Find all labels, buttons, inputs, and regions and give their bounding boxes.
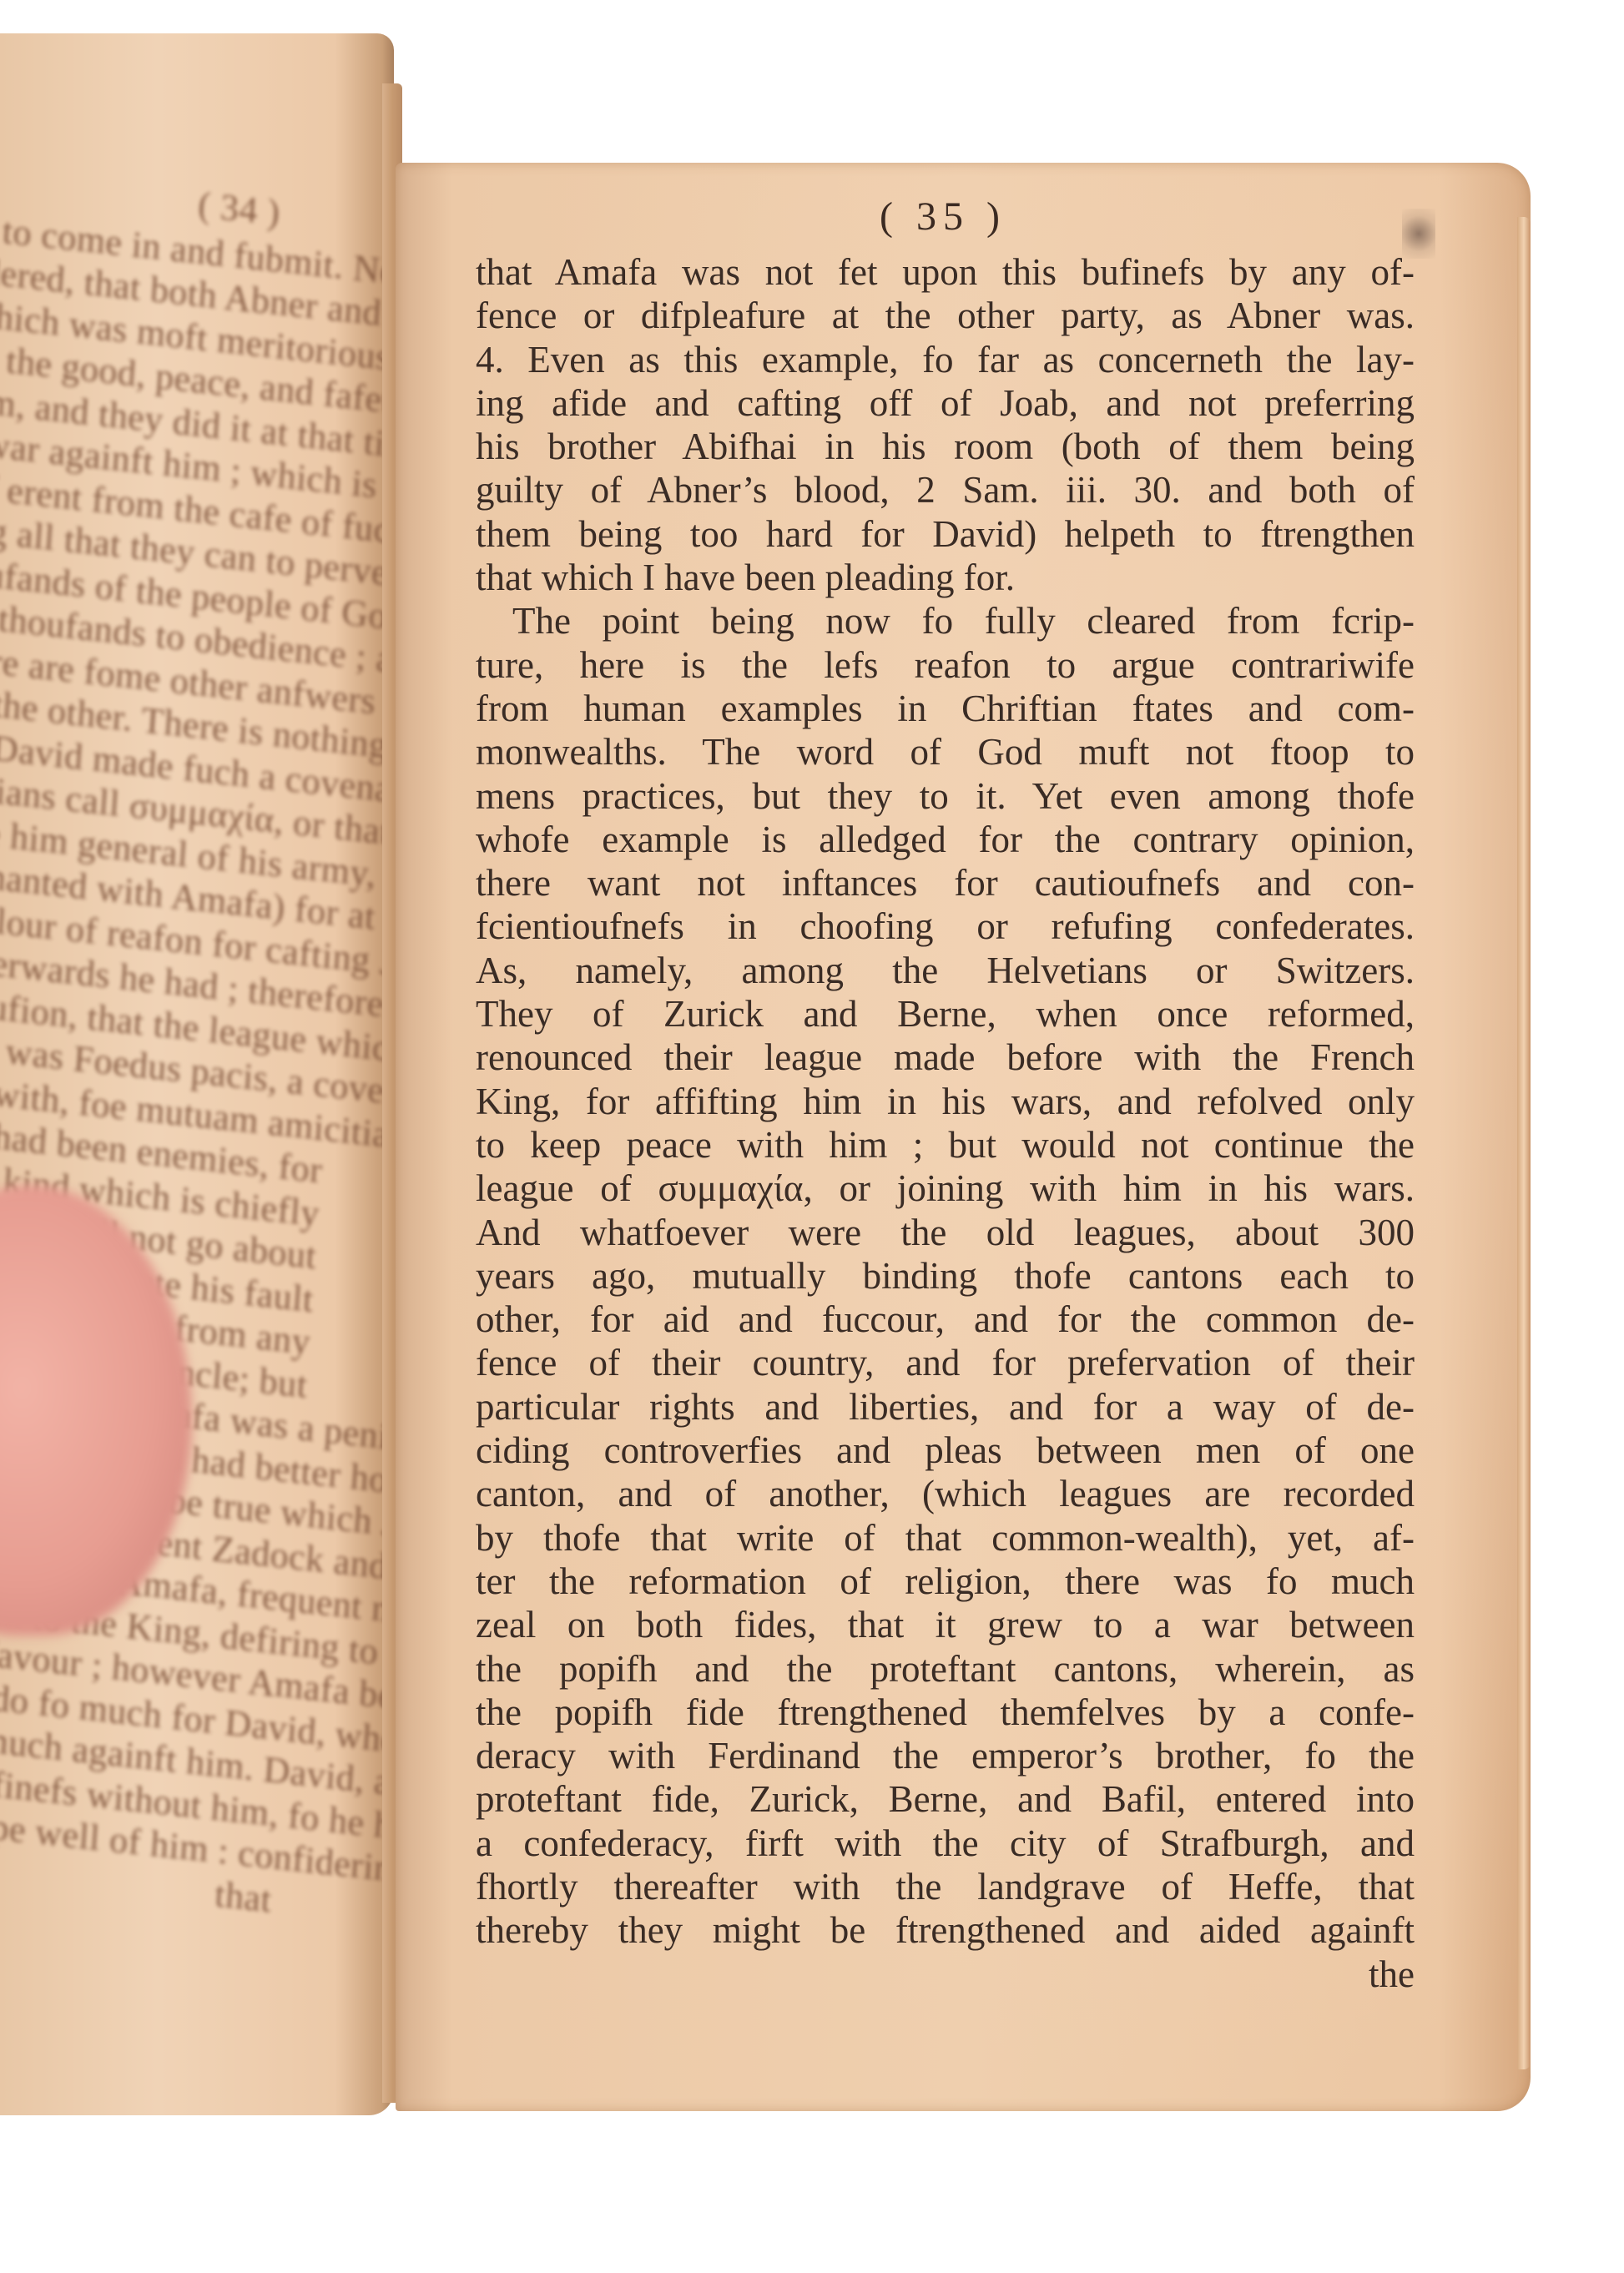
text-line: proteftant fide, Zurick, Berne, and Bafi… [476,1777,1415,1821]
text-line: As, namely, among the Helvetians or Swit… [476,949,1415,992]
text-line: that Amafa was not fet upon this bufinef… [476,250,1415,294]
text-line: other, for aid and fuccour, and for the … [476,1298,1415,1341]
text-line: them being too hard for David) helpeth t… [476,512,1415,556]
text-line: the popifh fide ftrengthened themfelves … [476,1691,1415,1734]
text-line: there want not inftances for cautioufnef… [476,861,1415,905]
catchword: the [476,1953,1415,1996]
text-line: ture, here is the lefs reafon to argue c… [476,643,1415,687]
text-line: And whatfoever were the old leagues, abo… [476,1211,1415,1254]
right-page-body: that Amafa was not fet upon this bufinef… [476,250,1415,1996]
text-line: fence of their country, and for preferva… [476,1341,1415,1384]
text-line: particular rights and liberties, and for… [476,1385,1415,1429]
text-line: ciding controverfies and pleas between m… [476,1429,1415,1472]
text-line: that which I have been pleading for. [476,556,1415,599]
left-page: ( 34 ) or to come in and fubmit. Now, le… [0,33,394,2115]
text-line: renounced their league made before with … [476,1036,1415,1079]
text-line: from human examples in Chriftian ftates … [476,687,1415,730]
text-line: years ago, mutually binding thofe canton… [476,1254,1415,1298]
text-line: The point being now fo fully cleared fro… [476,599,1415,643]
text-line: 4. Even as this example, fo far as conce… [476,338,1415,381]
text-line: whofe example is alledged for the contra… [476,818,1415,861]
text-line: thereby they might be ftrengthened and a… [476,1908,1415,1952]
text-line: by thofe that write of that common-wealt… [476,1516,1415,1560]
text-line: ter the reformation of religion, there w… [476,1560,1415,1603]
text-line: guilty of Abner’s blood, 2 Sam. iii. 30.… [476,468,1415,512]
text-line: canton, and of another, (which leagues a… [476,1472,1415,1515]
text-line: monwealths. The word of God muft not fto… [476,730,1415,774]
text-line: to keep peace with him ; but would not c… [476,1123,1415,1167]
text-line: zeal on both fides, that it grew to a wa… [476,1603,1415,1646]
right-page-edge [1517,217,1531,2069]
text-line: his brother Abifhai in his room (both of… [476,425,1415,468]
right-page-number: ( 35 ) [843,194,1043,239]
text-line: a confederacy, firft with the city of St… [476,1822,1415,1865]
text-line: fence or difpleafure at the other party,… [476,294,1415,337]
text-line: They of Zurick and Berne, when once refo… [476,992,1415,1036]
text-line: deracy with Ferdinand the emperor’s brot… [476,1734,1415,1777]
text-line: King, for affifting him in his wars, and… [476,1080,1415,1123]
left-page-text: ( 34 ) or to come in and fubmit. Now, le… [0,159,394,1922]
text-line: fhortly thereafter with the landgrave of… [476,1865,1415,1908]
text-line: fcientioufnefs in choofing or refufing c… [476,905,1415,948]
text-line: league of συμμαχία, or joining with him … [476,1167,1415,1210]
text-line: mens practices, but they to it. Yet even… [476,774,1415,818]
text-line: ing afide and cafting off of Joab, and n… [476,381,1415,425]
text-line: the popifh and the proteftant cantons, w… [476,1647,1415,1691]
